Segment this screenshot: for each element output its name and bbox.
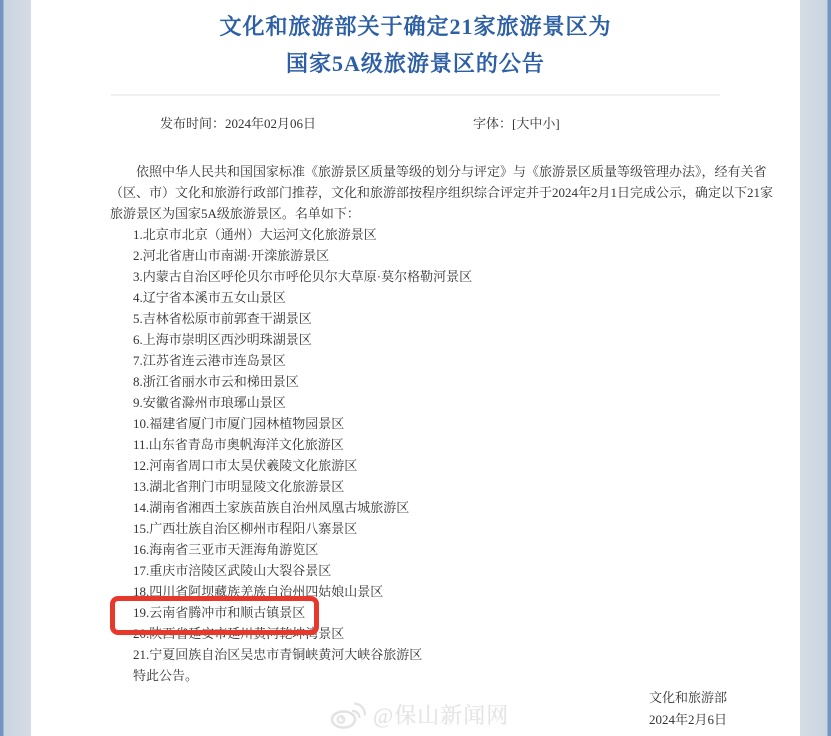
list-item-13: 13.湖北省荆门市明显陵文化旅游景区 [110,476,810,497]
font-size-bracket-close: ] [555,116,559,131]
list-item-10: 10.福建省厦门市厦门园林植物园景区 [110,413,810,434]
title-divider [111,94,720,96]
list-item-11: 11.山东省青岛市奥帆海洋文化旅游区 [110,434,810,455]
list-item-14: 14.湖南省湘西土家族苗族自治州凤凰古城旅游区 [110,497,810,518]
publish-date-value: 2024年02月06日 [225,116,316,131]
page-title: 文化和旅游部关于确定21家旅游景区为 国家5A级旅游景区的公告 [31,8,800,82]
list-item-8: 8.浙江省丽水市云和梯田景区 [110,371,810,392]
font-size-option-small[interactable]: 小 [542,116,555,131]
list-item-19: 19.云南省腾冲市和顺古镇景区 [110,602,810,623]
weibo-icon [330,700,366,730]
paragraph-line: （区、市）文化和旅游行政部门推荐，文化和旅游部按程序组织综合评定并于2024年2… [110,182,810,203]
list-item-1: 1.北京市北京（通州）大运河文化旅游景区 [110,224,810,245]
list-item-7: 7.江苏省连云港市连岛景区 [110,350,810,371]
font-size-selector: 字体：[大中小] [473,113,560,132]
font-size-option-medium[interactable]: 中 [529,116,542,131]
font-size-option-large[interactable]: 大 [516,116,529,131]
list-item-12: 12.河南省周口市太昊伏羲陵文化旅游区 [110,455,810,476]
watermark-text: @保山新闻网 [373,699,509,730]
paragraph-line: 依照中华人民共和国国家标准《旅游景区质量等级的划分与评定》与《旅游景区质量等级管… [110,161,810,182]
announcement-page: 文化和旅游部关于确定21家旅游景区为 国家5A级旅游景区的公告 发布时间：202… [31,0,800,736]
publish-date: 发布时间：2024年02月06日 [160,113,316,132]
paragraph-line: 旅游景区为国家5A级旅游景区。名单如下： [110,203,810,224]
list-item-21: 21.宁夏回族自治区吴忠市青铜峡黄河大峡谷旅游区 [110,644,810,665]
list-item-3: 3.内蒙古自治区呼伦贝尔市呼伦贝尔大草原·莫尔格勒河景区 [110,266,810,287]
list-item-17: 17.重庆市涪陵区武陵山大裂谷景区 [110,560,810,581]
intro-paragraph: 依照中华人民共和国国家标准《旅游景区质量等级的划分与评定》与《旅游景区质量等级管… [110,161,810,224]
page-edge-gradient-left [0,0,31,736]
list-item-5: 5.吉林省松原市前郭查干湖景区 [110,308,810,329]
publish-date-label: 发布时间： [160,116,225,131]
signature-date: 2024年2月6日 [649,709,727,731]
list-item-9: 9.安徽省滁州市琅琊山景区 [110,392,810,413]
list-item-20: 20.陕西省延安市延川黄河乾坤湾景区 [110,623,810,644]
announcement-body: 依照中华人民共和国国家标准《旅游景区质量等级的划分与评定》与《旅游景区质量等级管… [110,161,810,686]
page-title-line2: 国家5A级旅游景区的公告 [31,45,800,82]
watermark: @保山新闻网 [330,699,509,730]
closing-statement: 特此公告。 [110,665,810,686]
list-item-18: 18.四川省阿坝藏族羌族自治州四姑娘山景区 [110,581,810,602]
list-item-16: 16.海南省三亚市天涯海角游览区 [110,539,810,560]
page-title-line1: 文化和旅游部关于确定21家旅游景区为 [31,8,800,45]
list-item-4: 4.辽宁省本溪市五女山景区 [110,287,810,308]
scenic-area-list: 1.北京市北京（通州）大运河文化旅游景区2.河北省唐山市南湖·开滦旅游景区3.内… [110,224,810,665]
signature-block: 文化和旅游部 2024年2月6日 [649,687,727,731]
signature-issuer: 文化和旅游部 [649,687,727,709]
list-item-6: 6.上海市崇明区西沙明珠湖景区 [110,329,810,350]
list-item-15: 15.广西壮族自治区柳州市程阳八寨景区 [110,518,810,539]
list-item-2: 2.河北省唐山市南湖·开滦旅游景区 [110,245,810,266]
font-size-label: 字体： [473,116,512,131]
